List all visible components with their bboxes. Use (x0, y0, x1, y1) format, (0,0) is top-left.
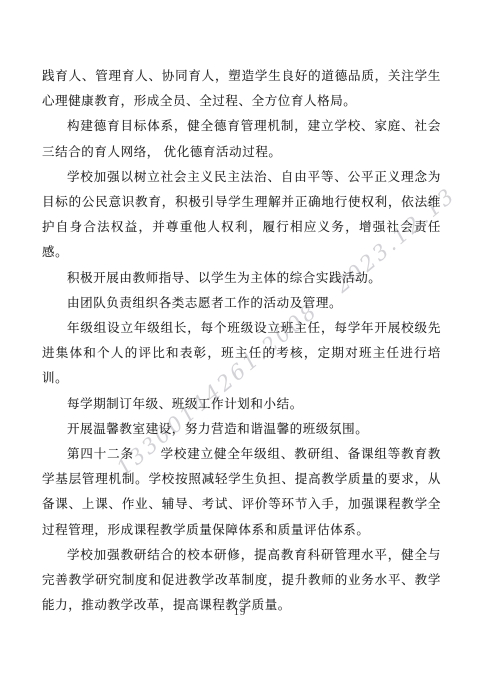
document-page: 13300144261.2008 - 2023.12.13 践育人、管理育人、协… (0, 0, 480, 679)
paragraph: 积极开展由教师指导、以学生为主体的综合实践活动。 (42, 266, 441, 291)
paragraph: 年级组设立年级组长，每个班级设立班主任，每学年开展校级先进集体和个人的评比和表彰… (42, 316, 441, 392)
paragraph: 第四十二条 学校建立健全年级组、教研组、备课组等教育教学基层管理机制。学校按照减… (42, 442, 441, 543)
document-body: 践育人、管理育人、协同育人，塑造学生良好的道德品质，关注学生心理健康教育，形成全… (42, 64, 441, 618)
paragraph: 每学期制订年级、班级工作计划和小结。 (42, 392, 441, 417)
paragraph: 由团队负责组织各类志愿者工作的活动及管理。 (42, 291, 441, 316)
paragraph: 开展温馨教室建设，努力营造和谐温馨的班级氛围。 (42, 417, 441, 442)
paragraph: 构建德育目标体系，健全德育管理机制，建立学校、家庭、社会三结合的育人网络， 优化… (42, 114, 441, 164)
paragraph: 学校加强以树立社会主义民主法治、自由平等、公平正义理念为目标的公民意识教育，积极… (42, 165, 441, 266)
page-number: 19 (0, 607, 480, 618)
paragraph: 践育人、管理育人、协同育人，塑造学生良好的道德品质，关注学生心理健康教育，形成全… (42, 64, 441, 114)
